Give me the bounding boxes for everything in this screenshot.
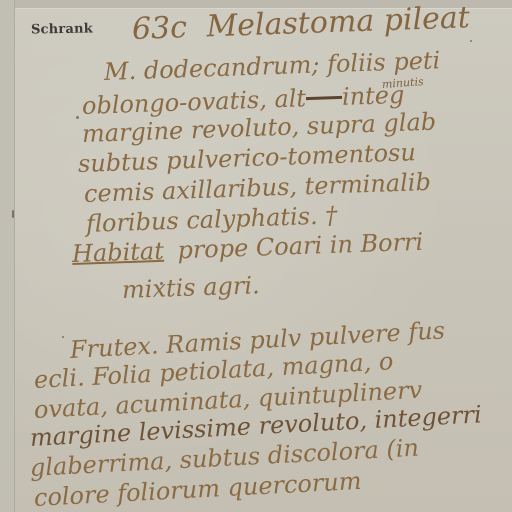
struck-word xyxy=(306,83,343,112)
manuscript-line-8: mixtis agri. xyxy=(122,271,261,304)
page-left-edge xyxy=(0,0,15,512)
habitat-label: Habitat xyxy=(72,237,165,268)
line-2-ending: integ xyxy=(342,81,405,111)
entry-number: 63c xyxy=(131,10,187,47)
herbarium-stamp: Schrank xyxy=(31,21,93,37)
ink-spot xyxy=(76,116,79,119)
ink-spot xyxy=(62,336,64,338)
manuscript-page: Schrank 63c Melastoma pileat M. dodecand… xyxy=(0,0,512,512)
ink-spot xyxy=(470,40,472,42)
ink-spot xyxy=(160,282,163,285)
ink-spot xyxy=(12,210,14,218)
